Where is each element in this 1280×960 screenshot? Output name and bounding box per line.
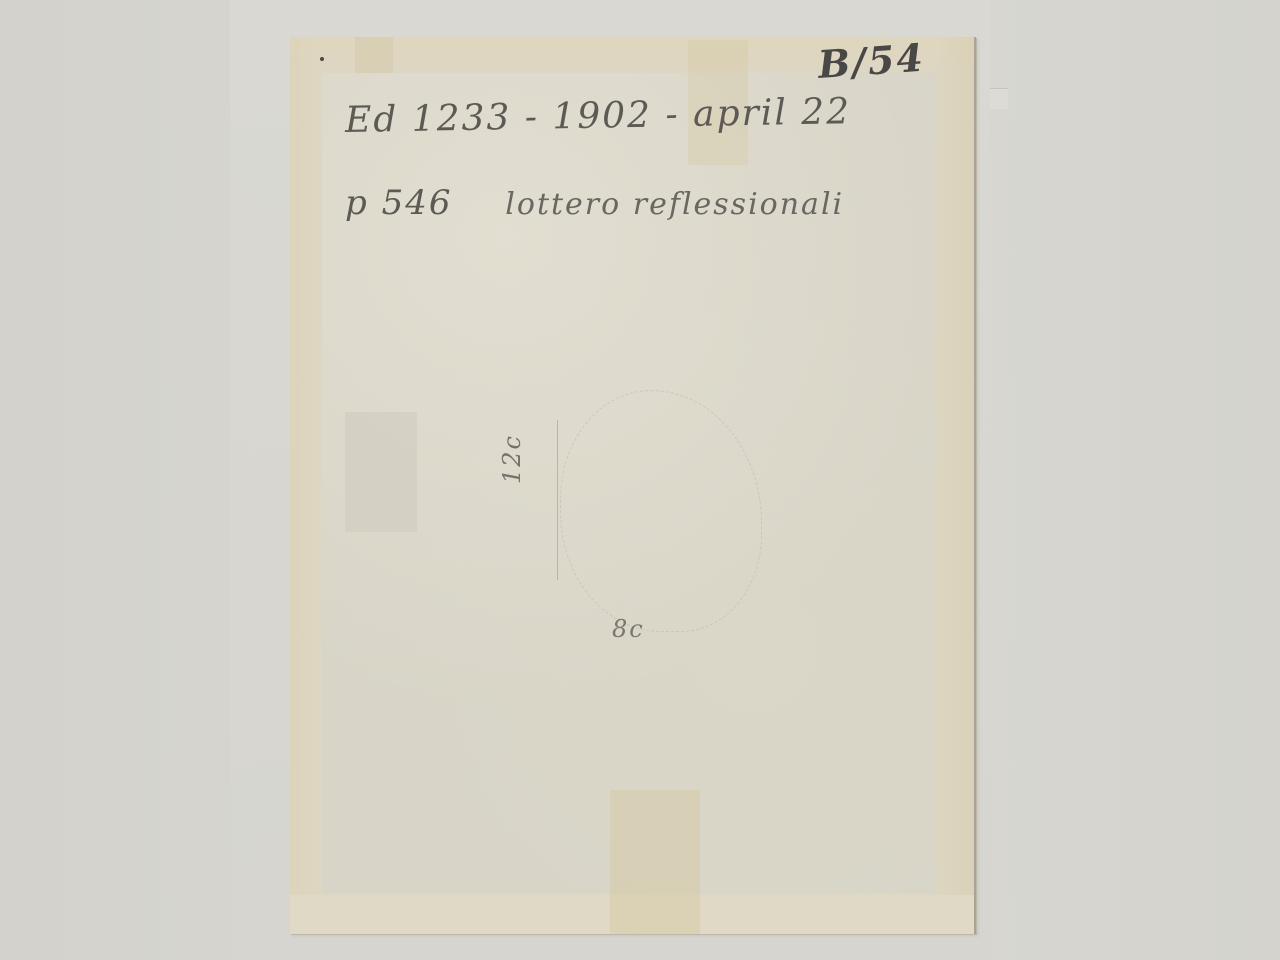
pin-mark [320,57,324,61]
dimension-width-note: 8c [612,615,645,643]
annotation-title: lottero reflessionali [505,187,844,222]
backing-edge [990,88,1008,109]
photo-scene: B/54 Ed 1233 - 1902 - april 22 p 546 lot… [0,0,1280,960]
hinge-tape-bottom-center [610,790,700,934]
hinge-tape-top-left [355,37,393,73]
faint-pencil-line [557,420,558,580]
annotation-line-2: p 546 lottero reflessionali [345,183,844,223]
inventory-number: B/54 [816,35,926,87]
annotation-reference: p 546 [345,183,452,223]
dimension-height-note: 12c [498,434,526,484]
stain-left [345,412,417,532]
